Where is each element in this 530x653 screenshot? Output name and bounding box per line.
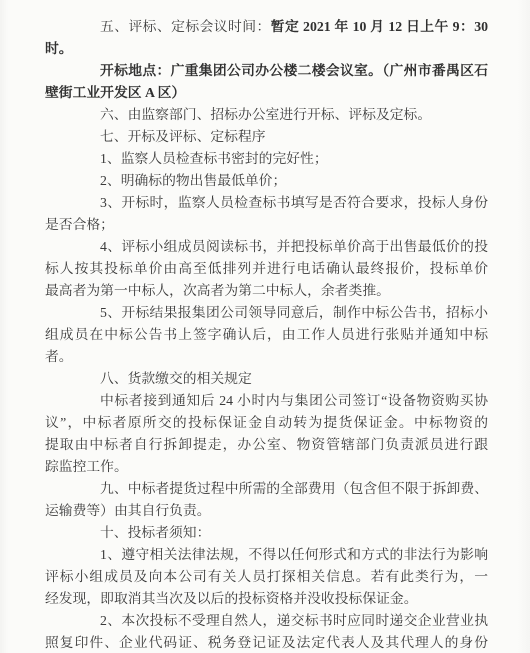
text-line: 九、中标者提货过程中所需的全部费用（包含但不限于拆卸费、 bbox=[45, 478, 488, 500]
bold-text-segment: 时。 bbox=[45, 41, 73, 56]
text-line: 标人按其投标单价由高至低排列并进行电话确认最终报价，投标单价 bbox=[45, 258, 488, 280]
text-line: 时。 bbox=[45, 38, 488, 60]
text-segment: 八、货款缴交的相关规定 bbox=[100, 371, 252, 386]
text-segment: 评标小组成员及向本公司有关人员打探相关信息。若有此类行为，一 bbox=[45, 569, 488, 584]
text-segment: 六、由监察部门、招标办公室进行开标、评标及定标。 bbox=[100, 107, 431, 122]
text-segment: 七、开标及评标、定标程序 bbox=[100, 129, 266, 144]
text-segment: 1、监察人员检查标书密封的完好性； bbox=[100, 151, 328, 166]
text-segment: 组成员在中标公告书上签字确认后，由工作人员进行张贴并通知中标 bbox=[45, 327, 488, 342]
text-segment: 4、评标小组成员阅读标书，并把投标单价高于出售最低价的投 bbox=[100, 239, 488, 254]
text-segment: 3、开标时，监察人员检查标书填写是否符合要求，投标人身份 bbox=[100, 195, 488, 210]
text-segment: 中标者接到通知后 24 小时内与集团公司签订“设备物资购买协 bbox=[100, 393, 488, 408]
text-line: 十、投标者须知： bbox=[45, 522, 488, 544]
text-line: 踪监控工作。 bbox=[45, 456, 488, 478]
text-line: 3、开标时，监察人员检查标书填写是否符合要求，投标人身份 bbox=[45, 192, 488, 214]
document-text-body: 五、评标、定标会议时间：暂定 2021 年 10 月 12 日上午 9：30时。… bbox=[45, 16, 488, 653]
text-segment: 是否合格； bbox=[45, 217, 114, 232]
text-line: 八、货款缴交的相关规定 bbox=[45, 368, 488, 390]
text-segment: 5、开标结果报集团公司领导同意后，制作中标公告书，招标小 bbox=[100, 305, 488, 320]
bold-text-segment: 暂定 2021 年 10 月 12 日上午 9：30 bbox=[271, 19, 488, 34]
text-segment: 经发现，即取消其当次及以后的投标资格并没收投标保证金。 bbox=[45, 591, 418, 606]
text-line: 组成员在中标公告书上签字确认后，由工作人员进行张贴并通知中标 bbox=[45, 324, 488, 346]
text-segment: 提取由中标者自行拆卸提走，办公室、物资管辖部门负责派员进行跟 bbox=[45, 437, 488, 452]
text-line: 5、开标结果报集团公司领导同意后，制作中标公告书，招标小 bbox=[45, 302, 488, 324]
text-line: 1、监察人员检查标书密封的完好性； bbox=[45, 148, 488, 170]
text-line: 五、评标、定标会议时间：暂定 2021 年 10 月 12 日上午 9：30 bbox=[45, 16, 488, 38]
text-line: 2、本次投标不受理自然人，递交标书时应同时递交企业营业执 bbox=[45, 610, 488, 632]
text-segment: 标人按其投标单价由高至低排列并进行电话确认最终报价，投标单价 bbox=[45, 261, 488, 276]
text-line: 最高者为第一中标人，次高者为第二中标人，余者类推。 bbox=[45, 280, 488, 302]
bold-text-segment: 壁街工业开发区 A 区） bbox=[45, 85, 185, 100]
text-segment: 五、评标、定标会议时间： bbox=[100, 19, 271, 34]
text-line: 提取由中标者自行拆卸提走，办公室、物资管辖部门负责派员进行跟 bbox=[45, 434, 488, 456]
text-line: 照复印件、企业代码证、税务登记证及法定代表人及其代理人的身份 bbox=[45, 632, 488, 653]
text-segment: 议”，中标者原所交的投标保证金自动转为提货保证金。中标物资的 bbox=[45, 415, 488, 430]
text-line: 评标小组成员及向本公司有关人员打探相关信息。若有此类行为，一 bbox=[45, 566, 488, 588]
text-line: 4、评标小组成员阅读标书，并把投标单价高于出售最低价的投 bbox=[45, 236, 488, 258]
text-segment: 2、本次投标不受理自然人，递交标书时应同时递交企业营业执 bbox=[100, 613, 488, 628]
text-line: 六、由监察部门、招标办公室进行开标、评标及定标。 bbox=[45, 104, 488, 126]
text-line: 开标地点：广重集团公司办公楼二楼会议室。（广州市番禺区石 bbox=[45, 60, 488, 82]
text-segment: 照复印件、企业代码证、税务登记证及法定代表人及其代理人的身份 bbox=[45, 635, 488, 650]
text-line: 运输费等）由其自行负责。 bbox=[45, 500, 488, 522]
text-segment: 2、明确标的物出售最低单价； bbox=[100, 173, 286, 188]
text-segment: 踪监控工作。 bbox=[45, 459, 128, 474]
text-segment: 1、遵守相关法律法规，不得以任何形式和方式的非法行为影响 bbox=[100, 547, 488, 562]
text-line: 七、开标及评标、定标程序 bbox=[45, 126, 488, 148]
scanned-document-page: 五、评标、定标会议时间：暂定 2021 年 10 月 12 日上午 9：30时。… bbox=[0, 0, 530, 653]
text-line: 经发现，即取消其当次及以后的投标资格并没收投标保证金。 bbox=[45, 588, 488, 610]
text-segment: 者。 bbox=[45, 349, 73, 364]
text-line: 壁街工业开发区 A 区） bbox=[45, 82, 488, 104]
text-line: 者。 bbox=[45, 346, 488, 368]
bold-text-segment: 开标地点：广重集团公司办公楼二楼会议室。（广州市番禺区石 bbox=[100, 63, 488, 78]
text-segment: 运输费等）由其自行负责。 bbox=[45, 503, 211, 518]
text-segment: 最高者为第一中标人，次高者为第二中标人，余者类推。 bbox=[45, 283, 390, 298]
text-line: 中标者接到通知后 24 小时内与集团公司签订“设备物资购买协 bbox=[45, 390, 488, 412]
text-segment: 九、中标者提货过程中所需的全部费用（包含但不限于拆卸费、 bbox=[100, 481, 488, 496]
text-line: 议”，中标者原所交的投标保证金自动转为提货保证金。中标物资的 bbox=[45, 412, 488, 434]
text-line: 2、明确标的物出售最低单价； bbox=[45, 170, 488, 192]
text-line: 是否合格； bbox=[45, 214, 488, 236]
text-segment: 十、投标者须知： bbox=[100, 525, 210, 540]
text-line: 1、遵守相关法律法规，不得以任何形式和方式的非法行为影响 bbox=[45, 544, 488, 566]
